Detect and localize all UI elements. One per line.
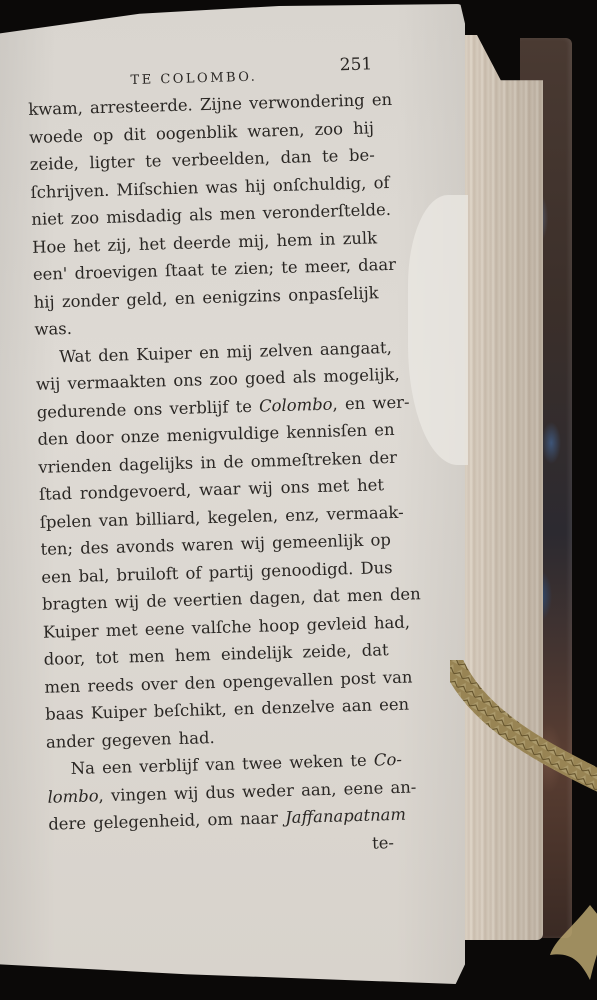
italic-place-name: lombo: [47, 786, 99, 806]
italic-place-name: Co-: [374, 750, 402, 770]
page-text-block: TE COLOMBO. 251 kwam, arresteerde. Zijne…: [27, 52, 394, 865]
page-edges: [455, 35, 543, 940]
italic-place-name: Jaffanapatnam: [285, 805, 406, 827]
page-number: 251: [339, 54, 372, 75]
running-head-title: TE COLOMBO.: [130, 70, 257, 89]
book-photo: TE COLOMBO. 251 kwam, arresteerde. Zijne…: [0, 0, 597, 1000]
italic-place-name: Colombo: [259, 394, 333, 415]
